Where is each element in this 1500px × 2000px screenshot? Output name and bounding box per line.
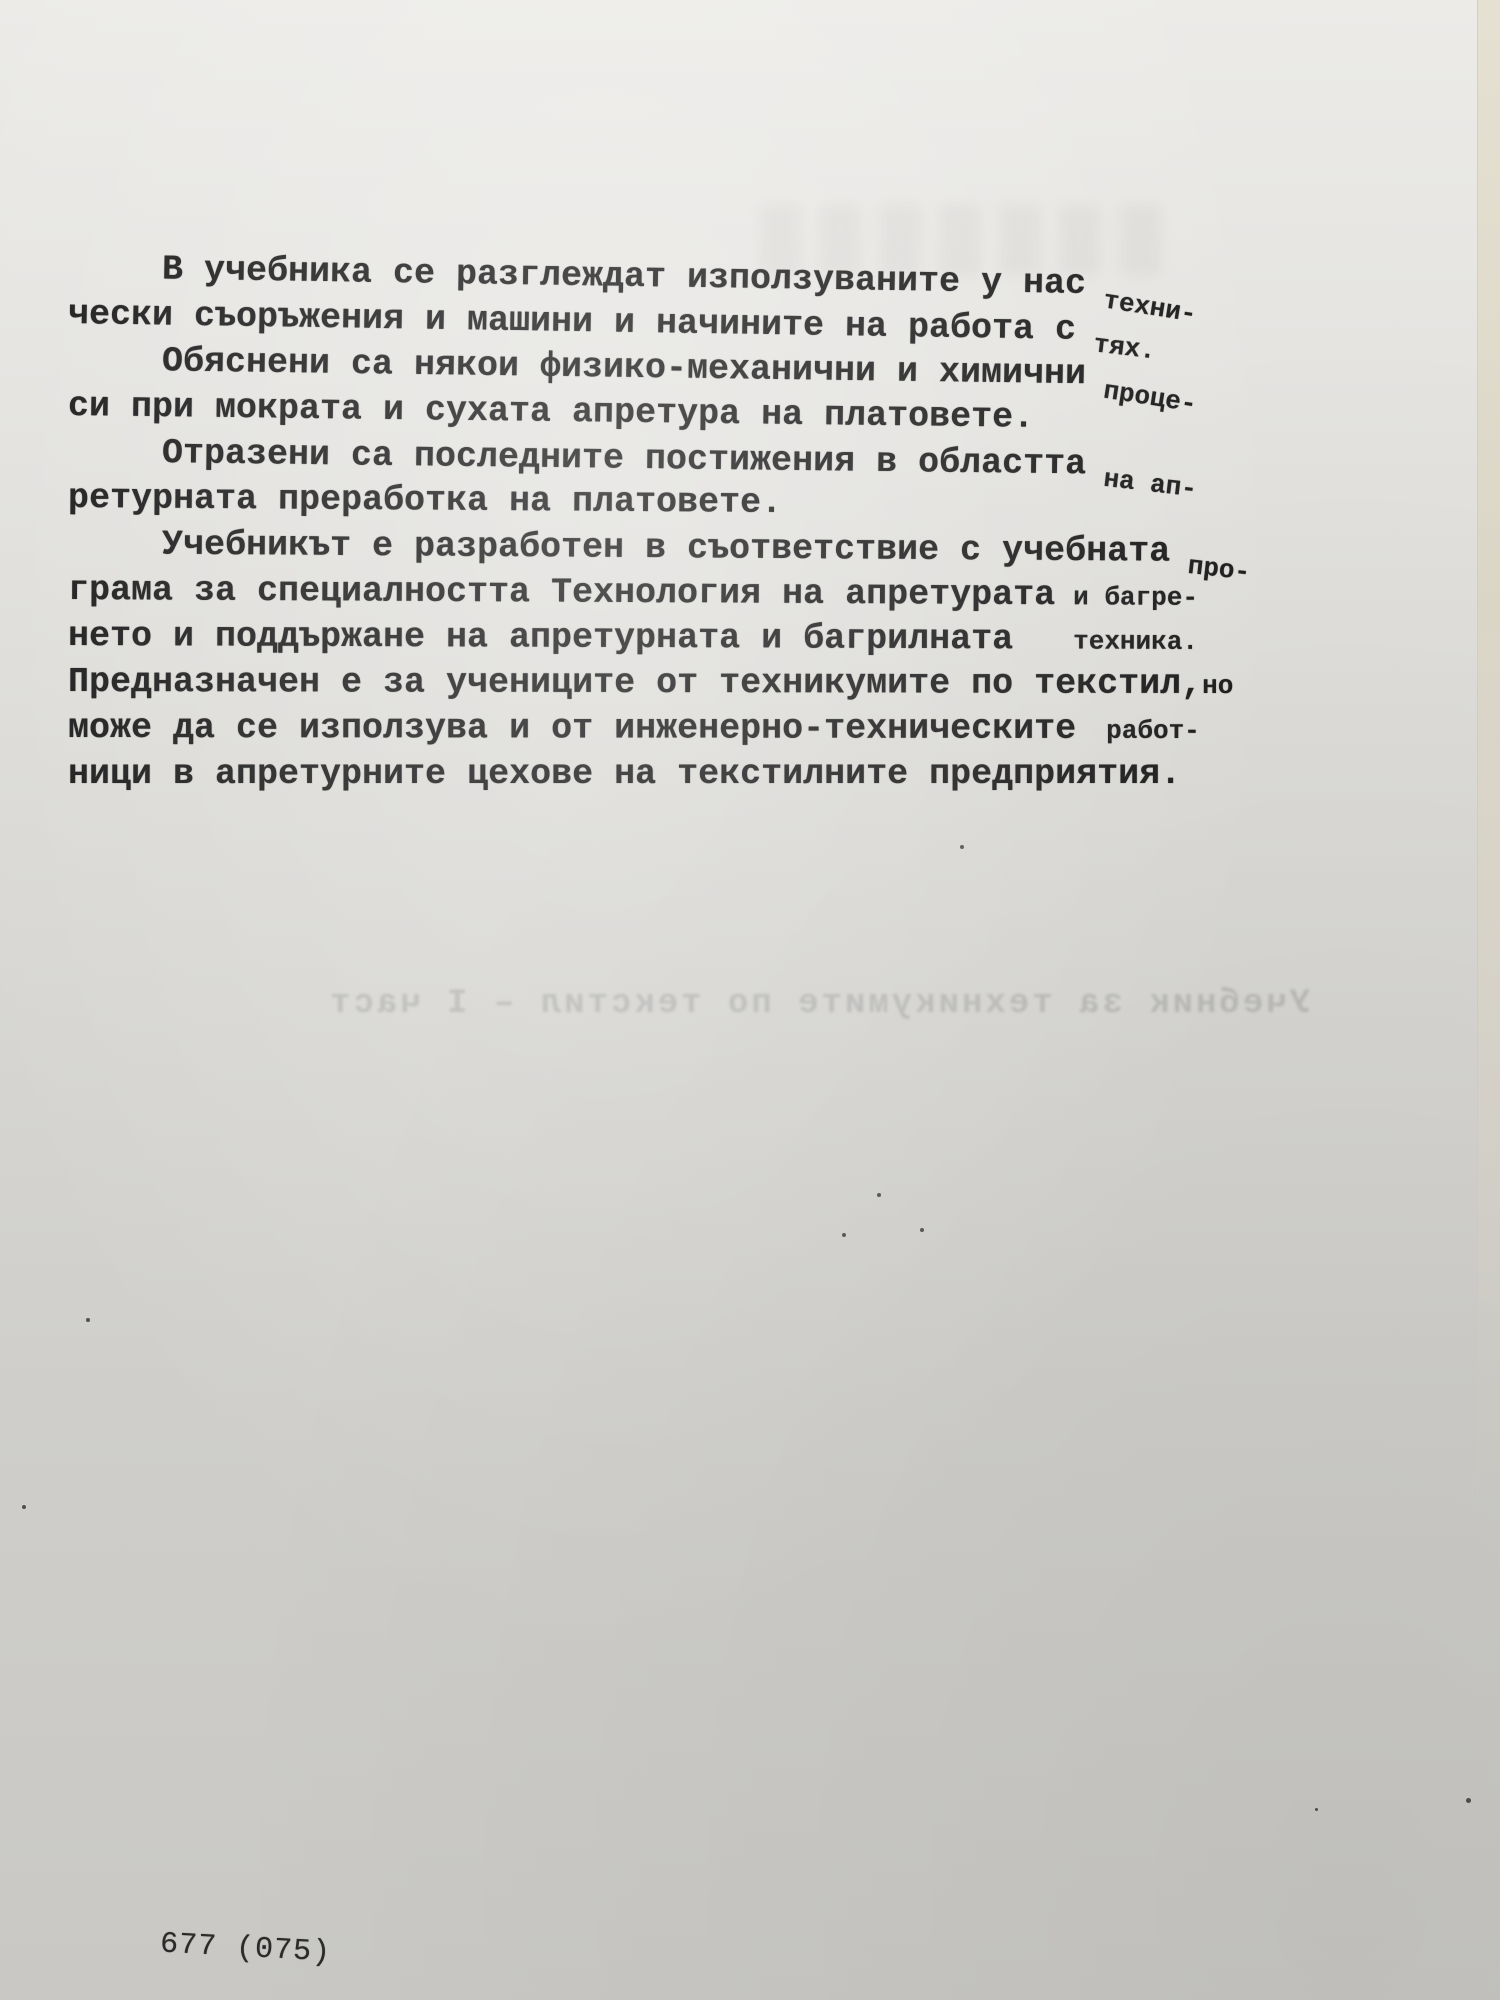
ink-speck <box>1315 1808 1318 1811</box>
text-line: може да се използува и от инженерно-техн… <box>68 705 1468 752</box>
line-text: Учебникът е разработен в съответствие с … <box>162 522 1170 575</box>
line-tail: но <box>1202 663 1233 709</box>
text-line: нето и поддържане на апретурната и багри… <box>68 613 1468 664</box>
ink-speck <box>1466 1798 1471 1803</box>
line-text: ретурната преработка на платовете. <box>68 475 782 526</box>
ink-speck <box>22 1505 26 1509</box>
ink-speck <box>877 1193 881 1197</box>
ink-speck <box>86 1318 90 1322</box>
ink-speck <box>842 1233 846 1237</box>
line-tail: работ- <box>1106 708 1200 754</box>
bleed-through-text: Учебник за техникумите по текстил – I ча… <box>160 985 1310 1021</box>
line-tail: и багре- <box>1073 574 1198 621</box>
ink-speck <box>960 845 964 849</box>
line-text: може да се използува и от инженерно-техн… <box>68 705 1076 752</box>
line-tail: техника. <box>1073 619 1198 665</box>
line-text: нето и поддържане на апретурната и багри… <box>68 613 1013 662</box>
line-text: Предназначен е за учениците от техникуми… <box>68 659 1202 707</box>
text-line: грама за специалността Технология на апр… <box>68 567 1468 620</box>
line-text: грама за специалността Технология на апр… <box>68 567 1055 618</box>
text-line: Предназначен е за учениците от техникуми… <box>68 659 1468 707</box>
catalog-number: 677 (075) <box>159 1928 332 1971</box>
page-edge <box>1477 0 1500 1500</box>
ink-speck <box>920 1228 924 1232</box>
text-line: ници в апретурните цехове на текстилните… <box>68 751 1468 797</box>
annotation-text: В учебника се разглеждат използуваните у… <box>68 245 1468 797</box>
line-text: ници в апретурните цехове на текстилните… <box>68 751 1181 797</box>
